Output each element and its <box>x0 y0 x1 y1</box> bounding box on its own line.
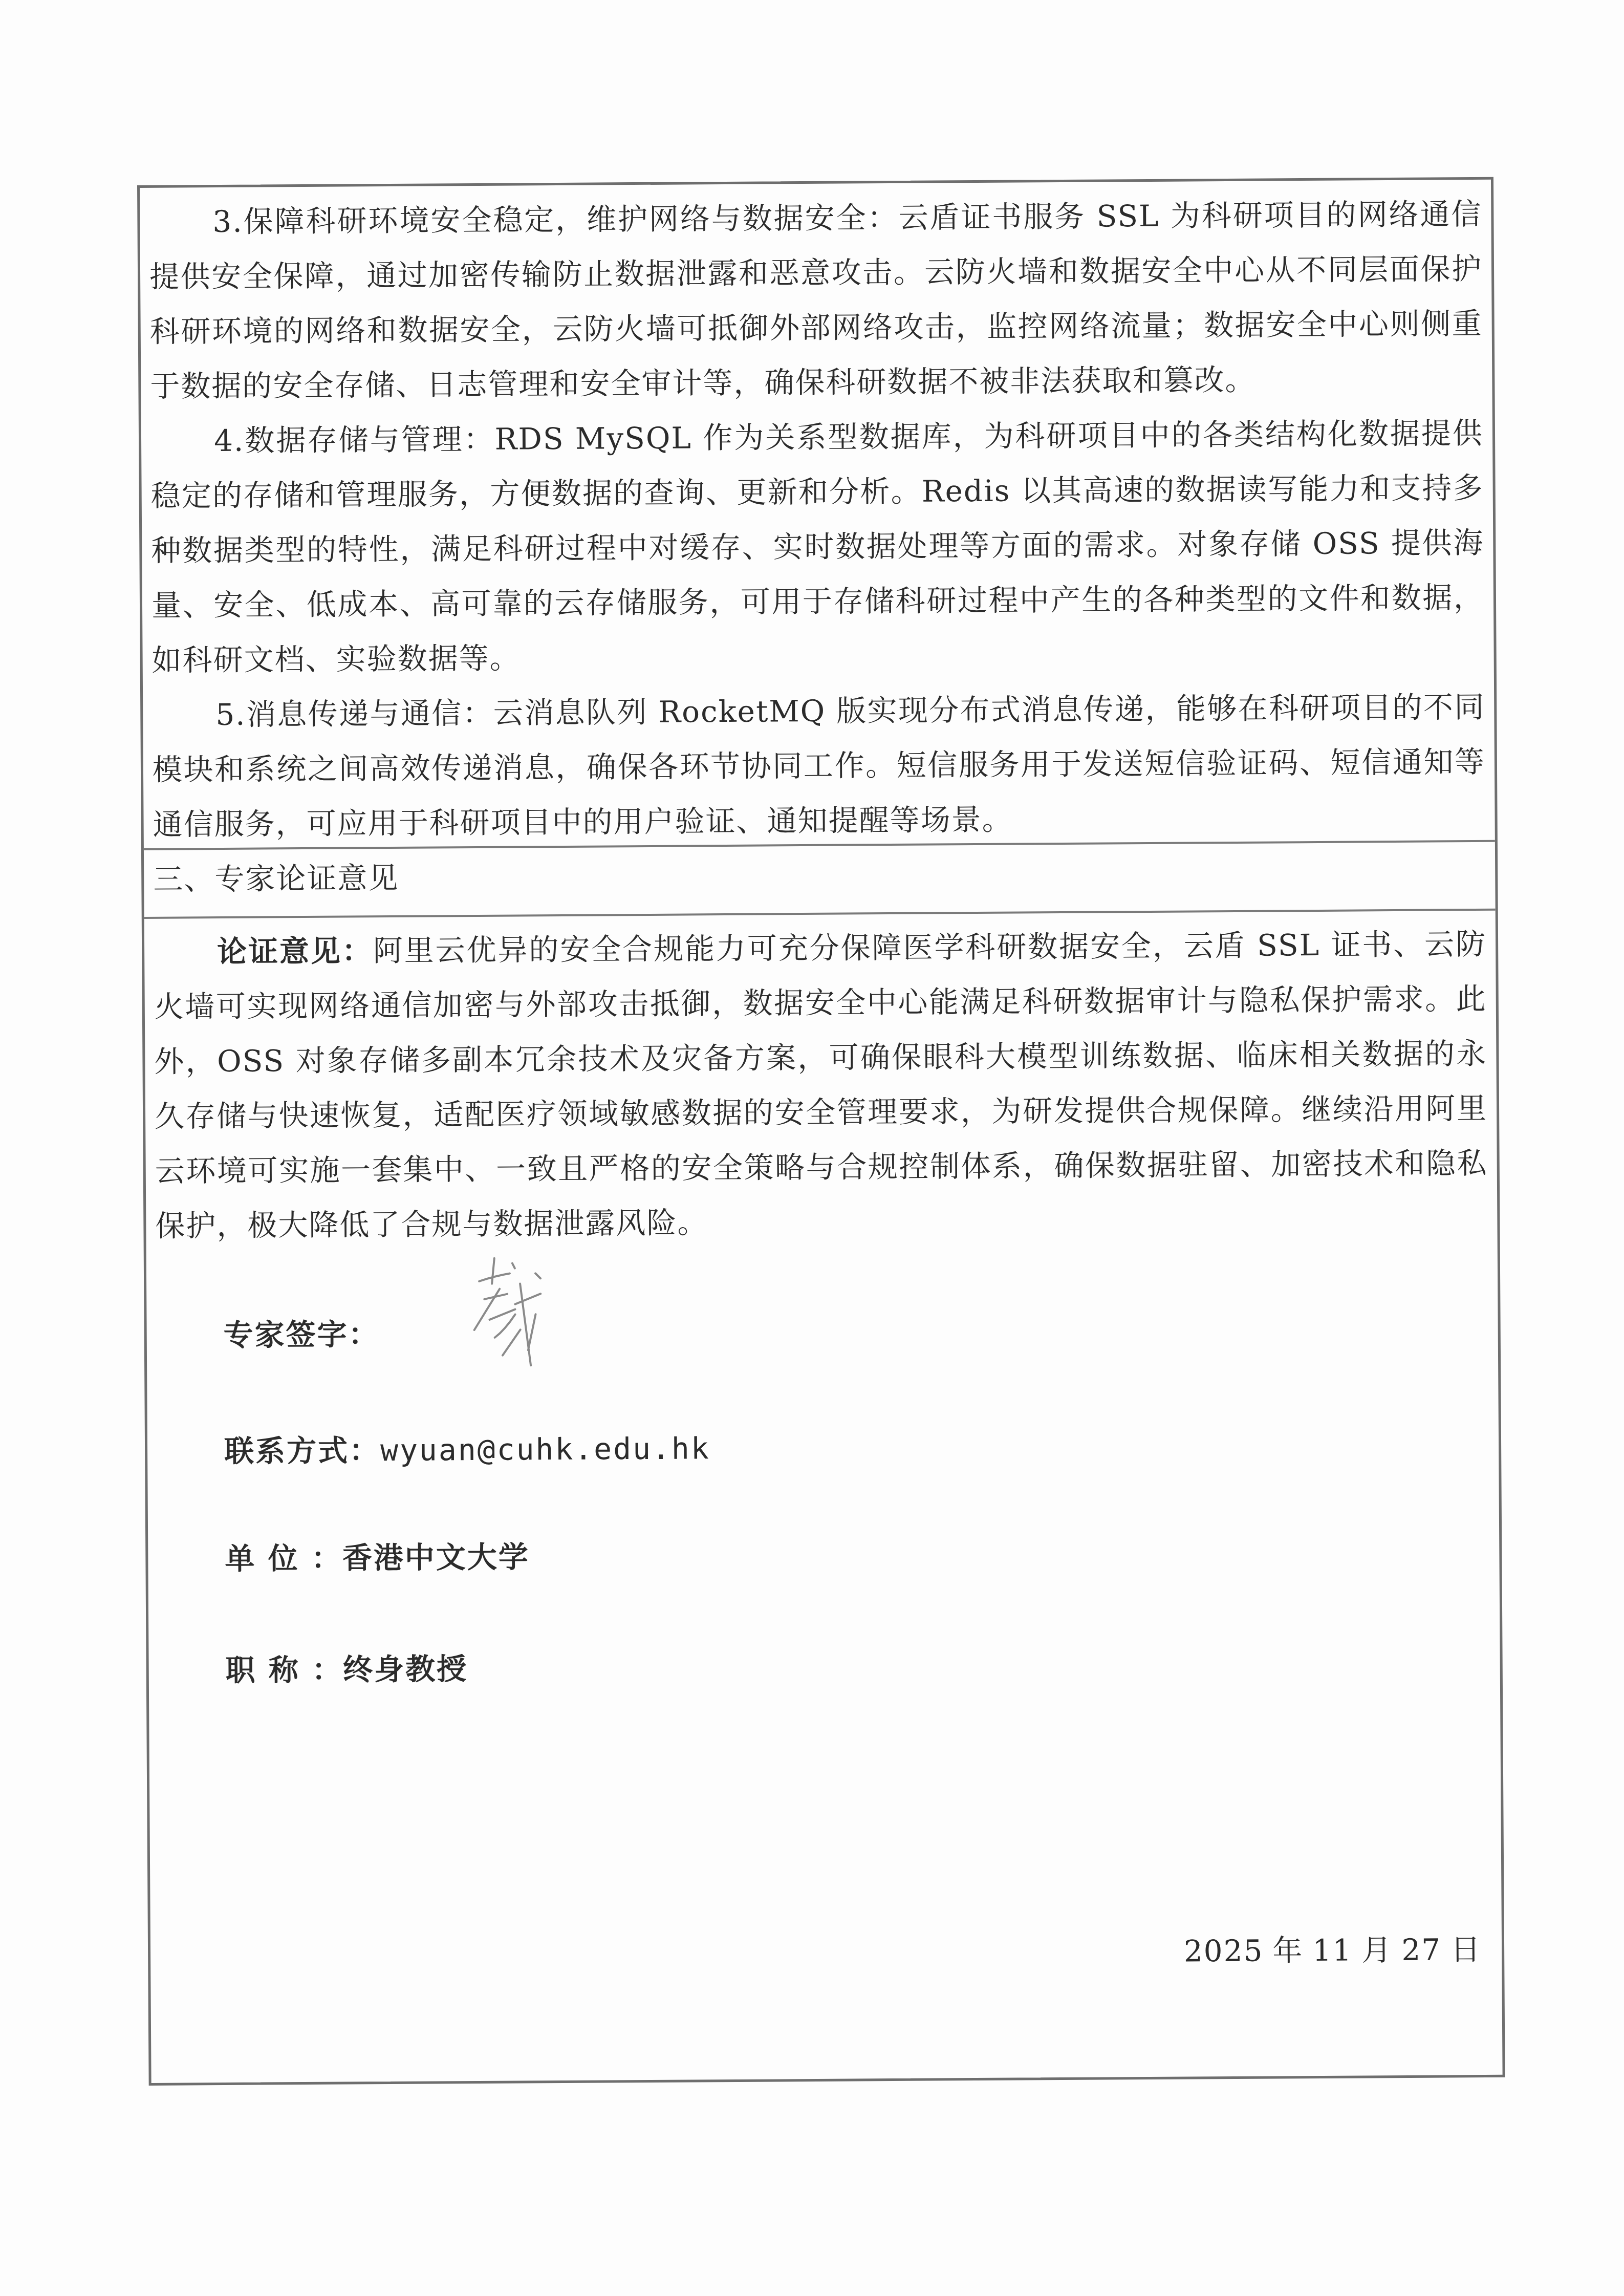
date-day-unit: 日 <box>1450 1932 1481 1967</box>
opinion-text: 阿里云优异的安全合规能力可充分保障医学科研数据安全，云盾 SSL 证书、云防火墙… <box>154 927 1488 1243</box>
contact-label: 联系方式： <box>224 1433 380 1469</box>
section3-title: 三、专家论证意见 <box>153 844 1486 907</box>
title-label: 职 称 ： <box>226 1653 343 1688</box>
contact-row: 联系方式：wyuan@cuhk.edu.hk <box>224 1424 710 1470</box>
section3-cell: 论证意见：阿里云优异的安全合规能力可充分保障医学科研数据安全，云盾 SSL 证书… <box>154 917 1488 1254</box>
paragraph-security: 3.保障科研环境安全稳定，维护网络与数据安全：云盾证书服务 SSL 为科研项目的… <box>149 187 1483 414</box>
unit-value: 香港中文大学 <box>342 1539 530 1575</box>
date-line: 2025年11月27日 <box>1175 1925 1482 1970</box>
contact-email: wyuan@cuhk.edu.hk <box>380 1431 710 1468</box>
expert-opinion: 论证意见：阿里云优异的安全合规能力可充分保障医学科研数据安全，云盾 SSL 证书… <box>154 917 1488 1254</box>
signature-label: 专家签字： <box>224 1317 380 1353</box>
title-row: 职 称 ：终身教授 <box>225 1645 468 1689</box>
section2-cell: 3.保障科研环境安全稳定，维护网络与数据安全：云盾证书服务 SSL 为科研项目的… <box>149 187 1486 852</box>
document-page: 3.保障科研环境安全稳定，维护网络与数据安全：云盾证书服务 SSL 为科研项目的… <box>0 0 1624 2296</box>
unit-label: 单 位 ： <box>225 1541 342 1576</box>
form-table: 3.保障科研环境安全稳定，维护网络与数据安全：云盾证书服务 SSL 为科研项目的… <box>137 177 1505 2086</box>
date-month-unit: 月 <box>1361 1933 1392 1967</box>
date-year: 2025 <box>1184 1934 1264 1969</box>
opinion-label: 论证意见： <box>217 933 373 969</box>
paragraph-storage: 4.数据存储与管理：RDS MySQL 作为关系型数据库，为科研项目中的各类结构… <box>150 406 1485 688</box>
signature-row: 专家签字： <box>223 1310 380 1354</box>
date-day: 27 <box>1401 1932 1441 1967</box>
date-month: 11 <box>1312 1933 1352 1968</box>
handwritten-signature-icon <box>464 1253 567 1371</box>
unit-row: 单 位 ：香港中文大学 <box>225 1533 530 1578</box>
row-divider <box>144 909 1496 919</box>
paragraph-messaging: 5.消息传递与通信：云消息队列 RocketMQ 版实现分布式消息传递，能够在科… <box>152 680 1486 852</box>
title-value: 终身教授 <box>343 1651 468 1687</box>
date-year-unit: 年 <box>1272 1933 1303 1968</box>
